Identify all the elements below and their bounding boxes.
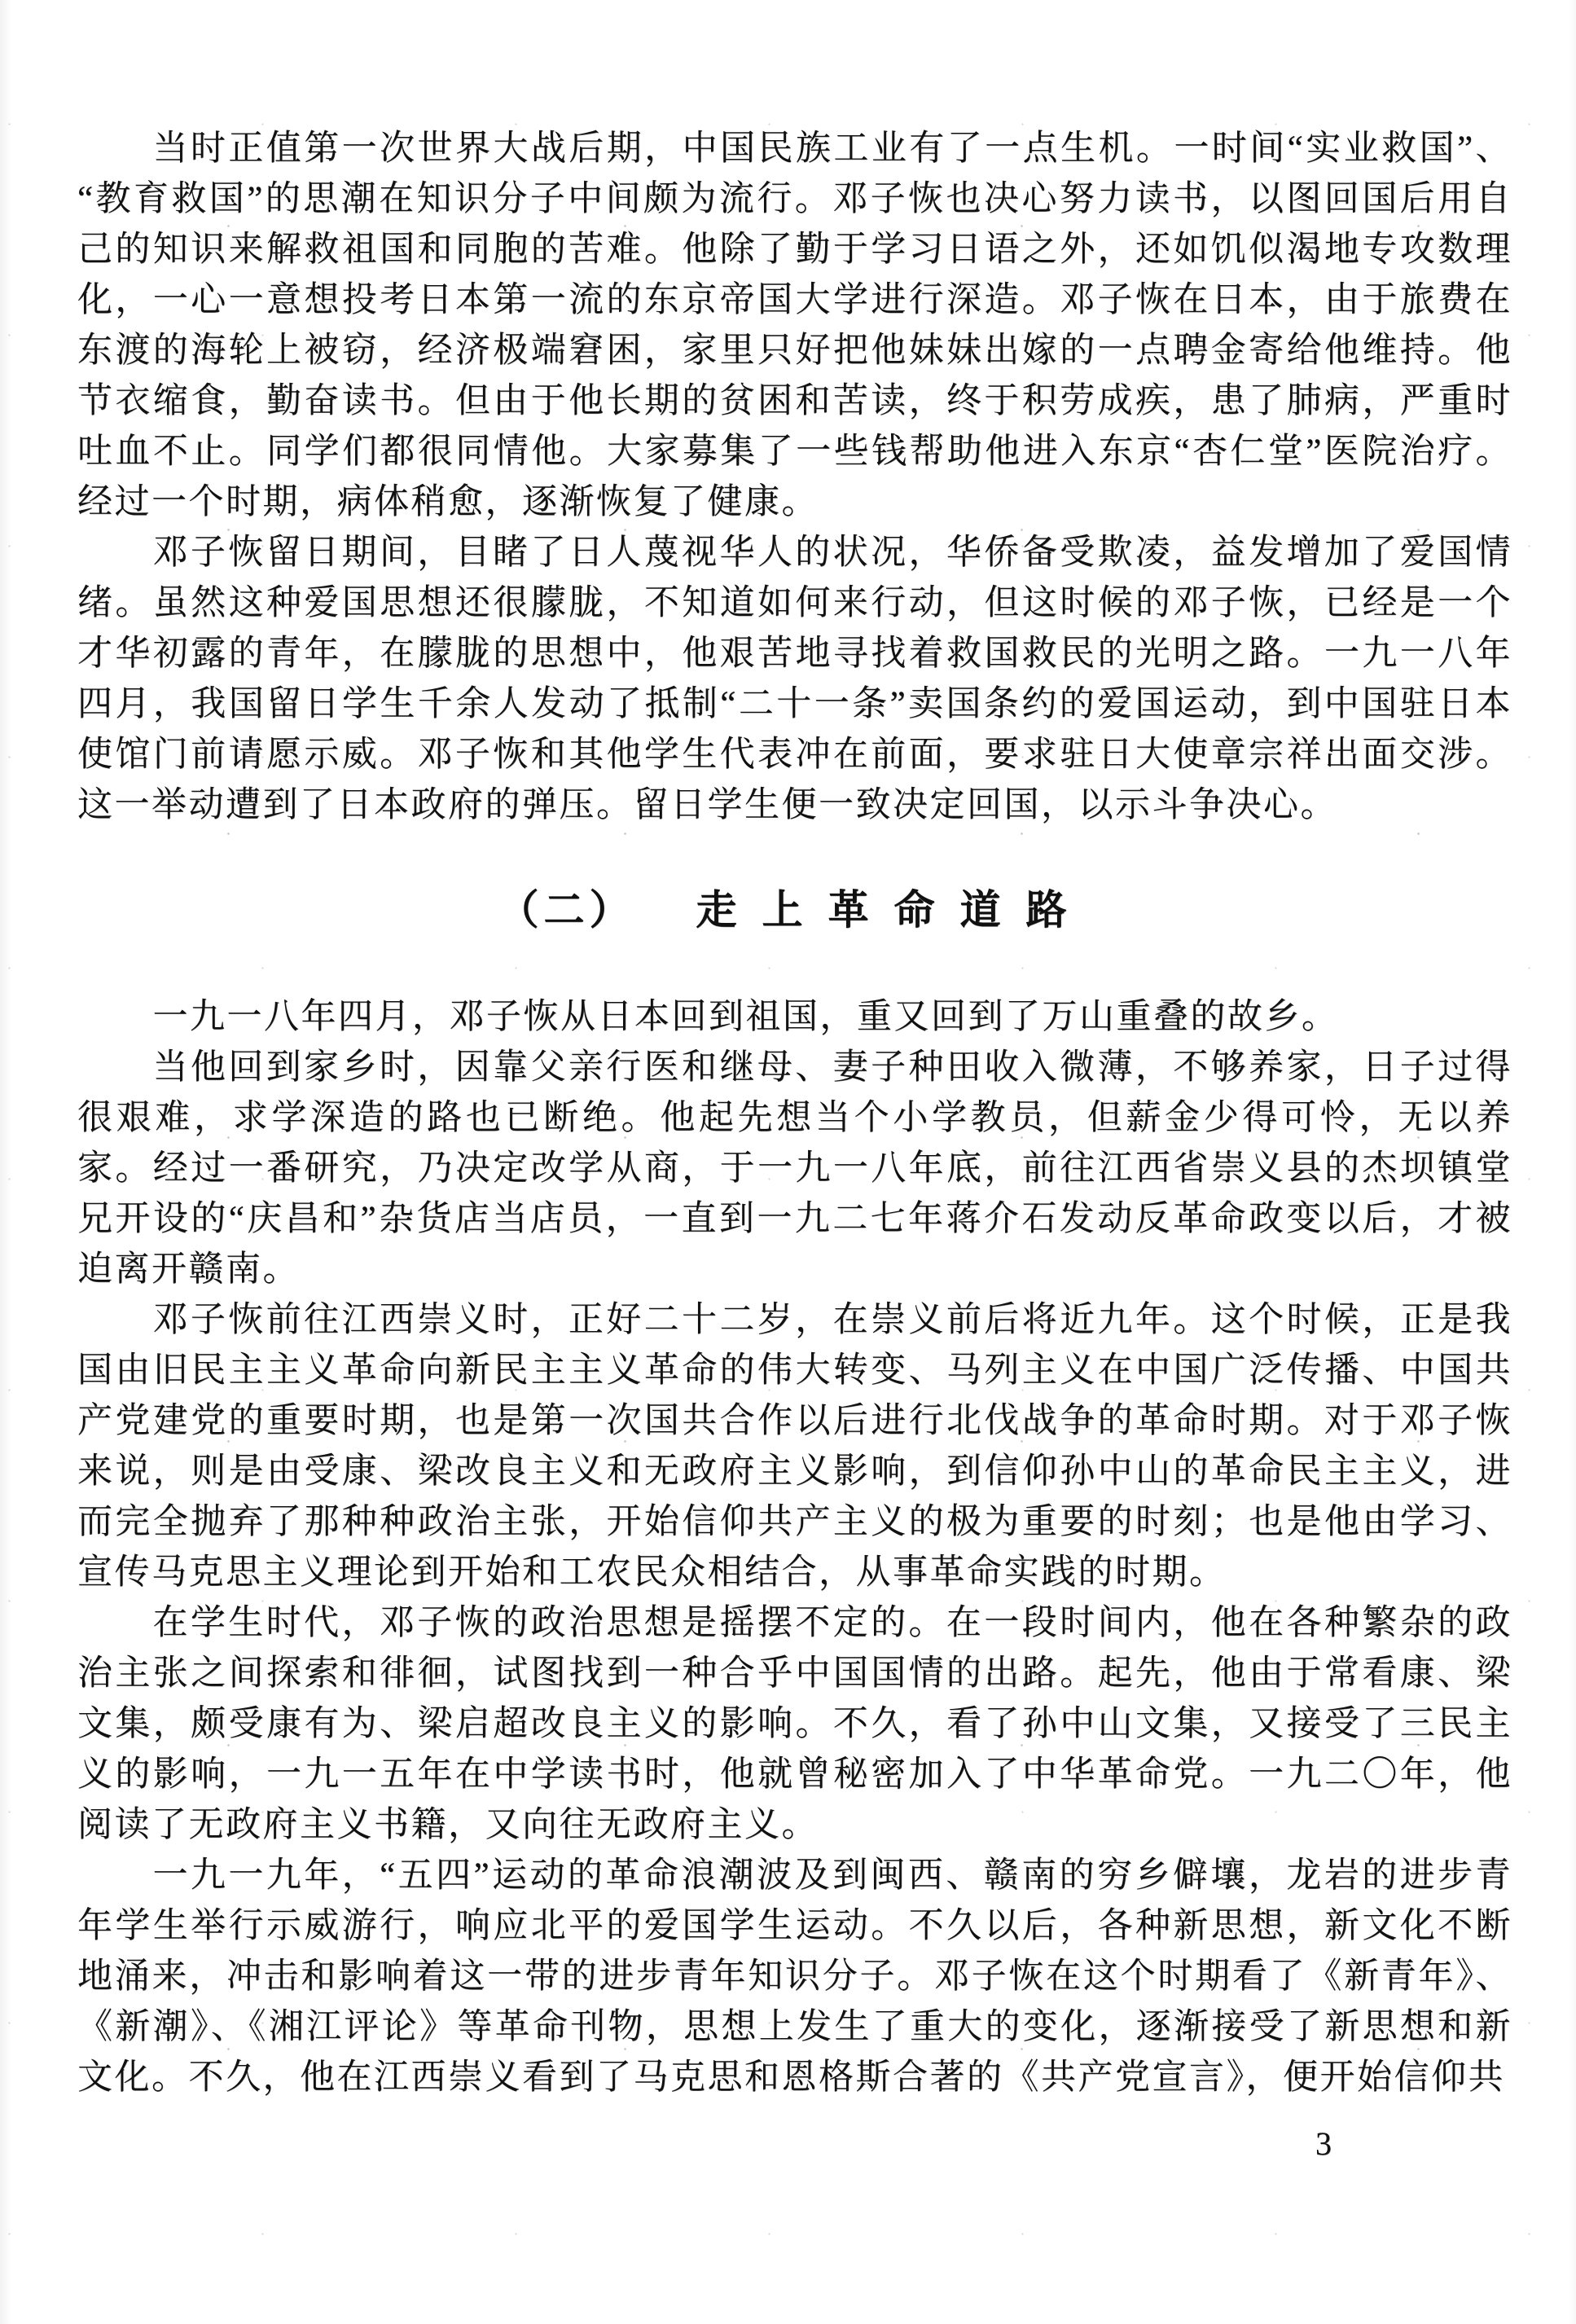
section-number: （二） [498,887,635,933]
paragraph: 一九一九年，“五四”运动的革命浪潮波及到闽西、赣南的穷乡僻壤，龙岩的进步青年学生… [77,1851,1512,2103]
paragraph: 在学生时代，邓子恢的政治思想是摇摆不定的。在一段时间内，他在各种繁杂的政治主张之… [77,1598,1512,1851]
scanned-page: 当时正值第一次世界大战后期，中国民族工业有了一点生机。一时间“实业救国”、“教育… [0,0,1576,2324]
text-block: 当时正值第一次世界大战后期，中国民族工业有了一点生机。一时间“实业救国”、“教育… [77,124,1512,2164]
paragraph: 当时正值第一次世界大战后期，中国民族工业有了一点生机。一时间“实业救国”、“教育… [77,124,1512,528]
paragraph: 当他回到家乡时，因靠父亲行医和继母、妻子种田收入微薄，不够养家，日子过得很艰难，… [77,1043,1512,1295]
page-number: 3 [77,2124,1512,2164]
section-heading: （二）走上革命道路 [77,881,1512,938]
paragraph: 邓子恢留日期间，目睹了日人蔑视华人的状况，华侨备受欺凌，益发增加了爱国情绪。虽然… [77,528,1512,831]
section-title: 走上革命道路 [696,887,1092,933]
paragraph: 一九一八年四月，邓子恢从日本回到祖国，重又回到了万山重叠的故乡。 [77,992,1512,1043]
paragraph: 邓子恢前往江西崇义时，正好二十二岁，在崇义前后将近九年。这个时候，正是我国由旧民… [77,1295,1512,1598]
